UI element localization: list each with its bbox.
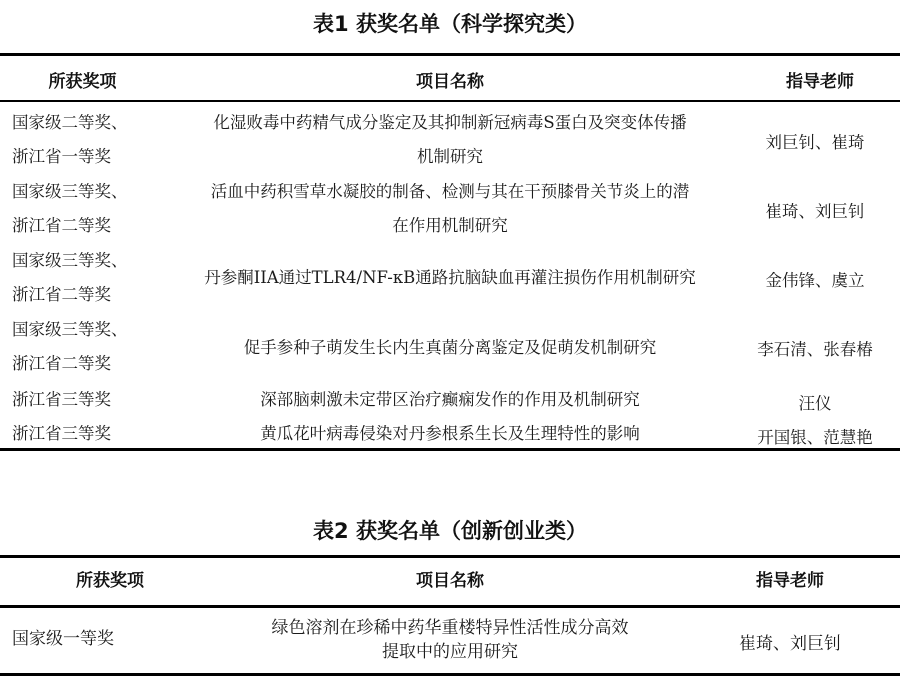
table1-title: 表1 获奖名单（科学探究类）	[0, 8, 900, 38]
table2-row1-teacher: 崔琦、刘巨钊	[700, 629, 880, 654]
table1-header-project: 项目名称	[175, 70, 725, 94]
table2-title: 表2 获奖名单（创新创业类）	[0, 515, 900, 545]
table2-header-teacher: 指导老师	[700, 569, 880, 593]
table1-row5-award: 浙江省三等奖	[12, 383, 111, 417]
table1-row6-teacher: 开国银、范慧艳	[740, 424, 890, 448]
table1-row6-award: 浙江省三等奖	[12, 417, 111, 451]
table1-bottom-rule	[0, 448, 900, 451]
table2-top-rule	[0, 555, 900, 558]
table1-row2-teacher: 崔琦、刘巨钊	[740, 198, 890, 222]
table1-row1-project: 化湿败毒中药精气成分鉴定及其抑制新冠病毒S蛋白及突变体传播 机制研究	[165, 106, 735, 174]
table1-row5-teacher: 汪仪	[740, 390, 890, 414]
table2-row1-award: 国家级一等奖	[12, 622, 114, 656]
table1-top-rule	[0, 53, 900, 56]
table1-row4-project: 促手参种子萌发生长内生真菌分离鉴定及促萌发机制研究	[165, 331, 735, 365]
table1-row3-project: 丹参酮IIA通过TLR4/NF-κB通路抗脑缺血再灌注损伤作用机制研究	[165, 261, 735, 295]
table1-row4-award: 国家级三等奖、 浙江省二等奖	[12, 313, 128, 381]
table1-row2-award: 国家级三等奖、 浙江省二等奖	[12, 175, 128, 243]
table1-row3-award: 国家级三等奖、 浙江省二等奖	[12, 244, 128, 312]
table1-row4-teacher: 李石清、张春椿	[740, 336, 890, 360]
table1-header-rule	[0, 100, 900, 102]
table1-row1-teacher: 刘巨钊、崔琦	[740, 129, 890, 153]
table2-header-project: 项目名称	[220, 569, 680, 593]
table1-row1-award: 国家级二等奖、 浙江省一等奖	[12, 106, 128, 174]
table2-row1-project: 绿色溶剂在珍稀中药华重楼特异性活性成分高效 提取中的应用研究	[220, 616, 680, 664]
table1-row2-project: 活血中药积雪草水凝胶的制备、检测与其在干预膝骨关节炎上的潜 在作用机制研究	[165, 175, 735, 243]
table2-header-rule	[0, 605, 900, 608]
table1-header-teacher: 指导老师	[740, 70, 900, 94]
table1-header-award: 所获奖项	[0, 70, 165, 94]
table1-row6-project: 黄瓜花叶病毒侵染对丹参根系生长及生理特性的影响	[165, 417, 735, 451]
table1-row3-teacher: 金伟锋、虞立	[740, 267, 890, 291]
table1-row5-project: 深部脑刺激未定带区治疗癫痫发作的作用及机制研究	[165, 383, 735, 417]
table2-header-award: 所获奖项	[0, 569, 220, 593]
